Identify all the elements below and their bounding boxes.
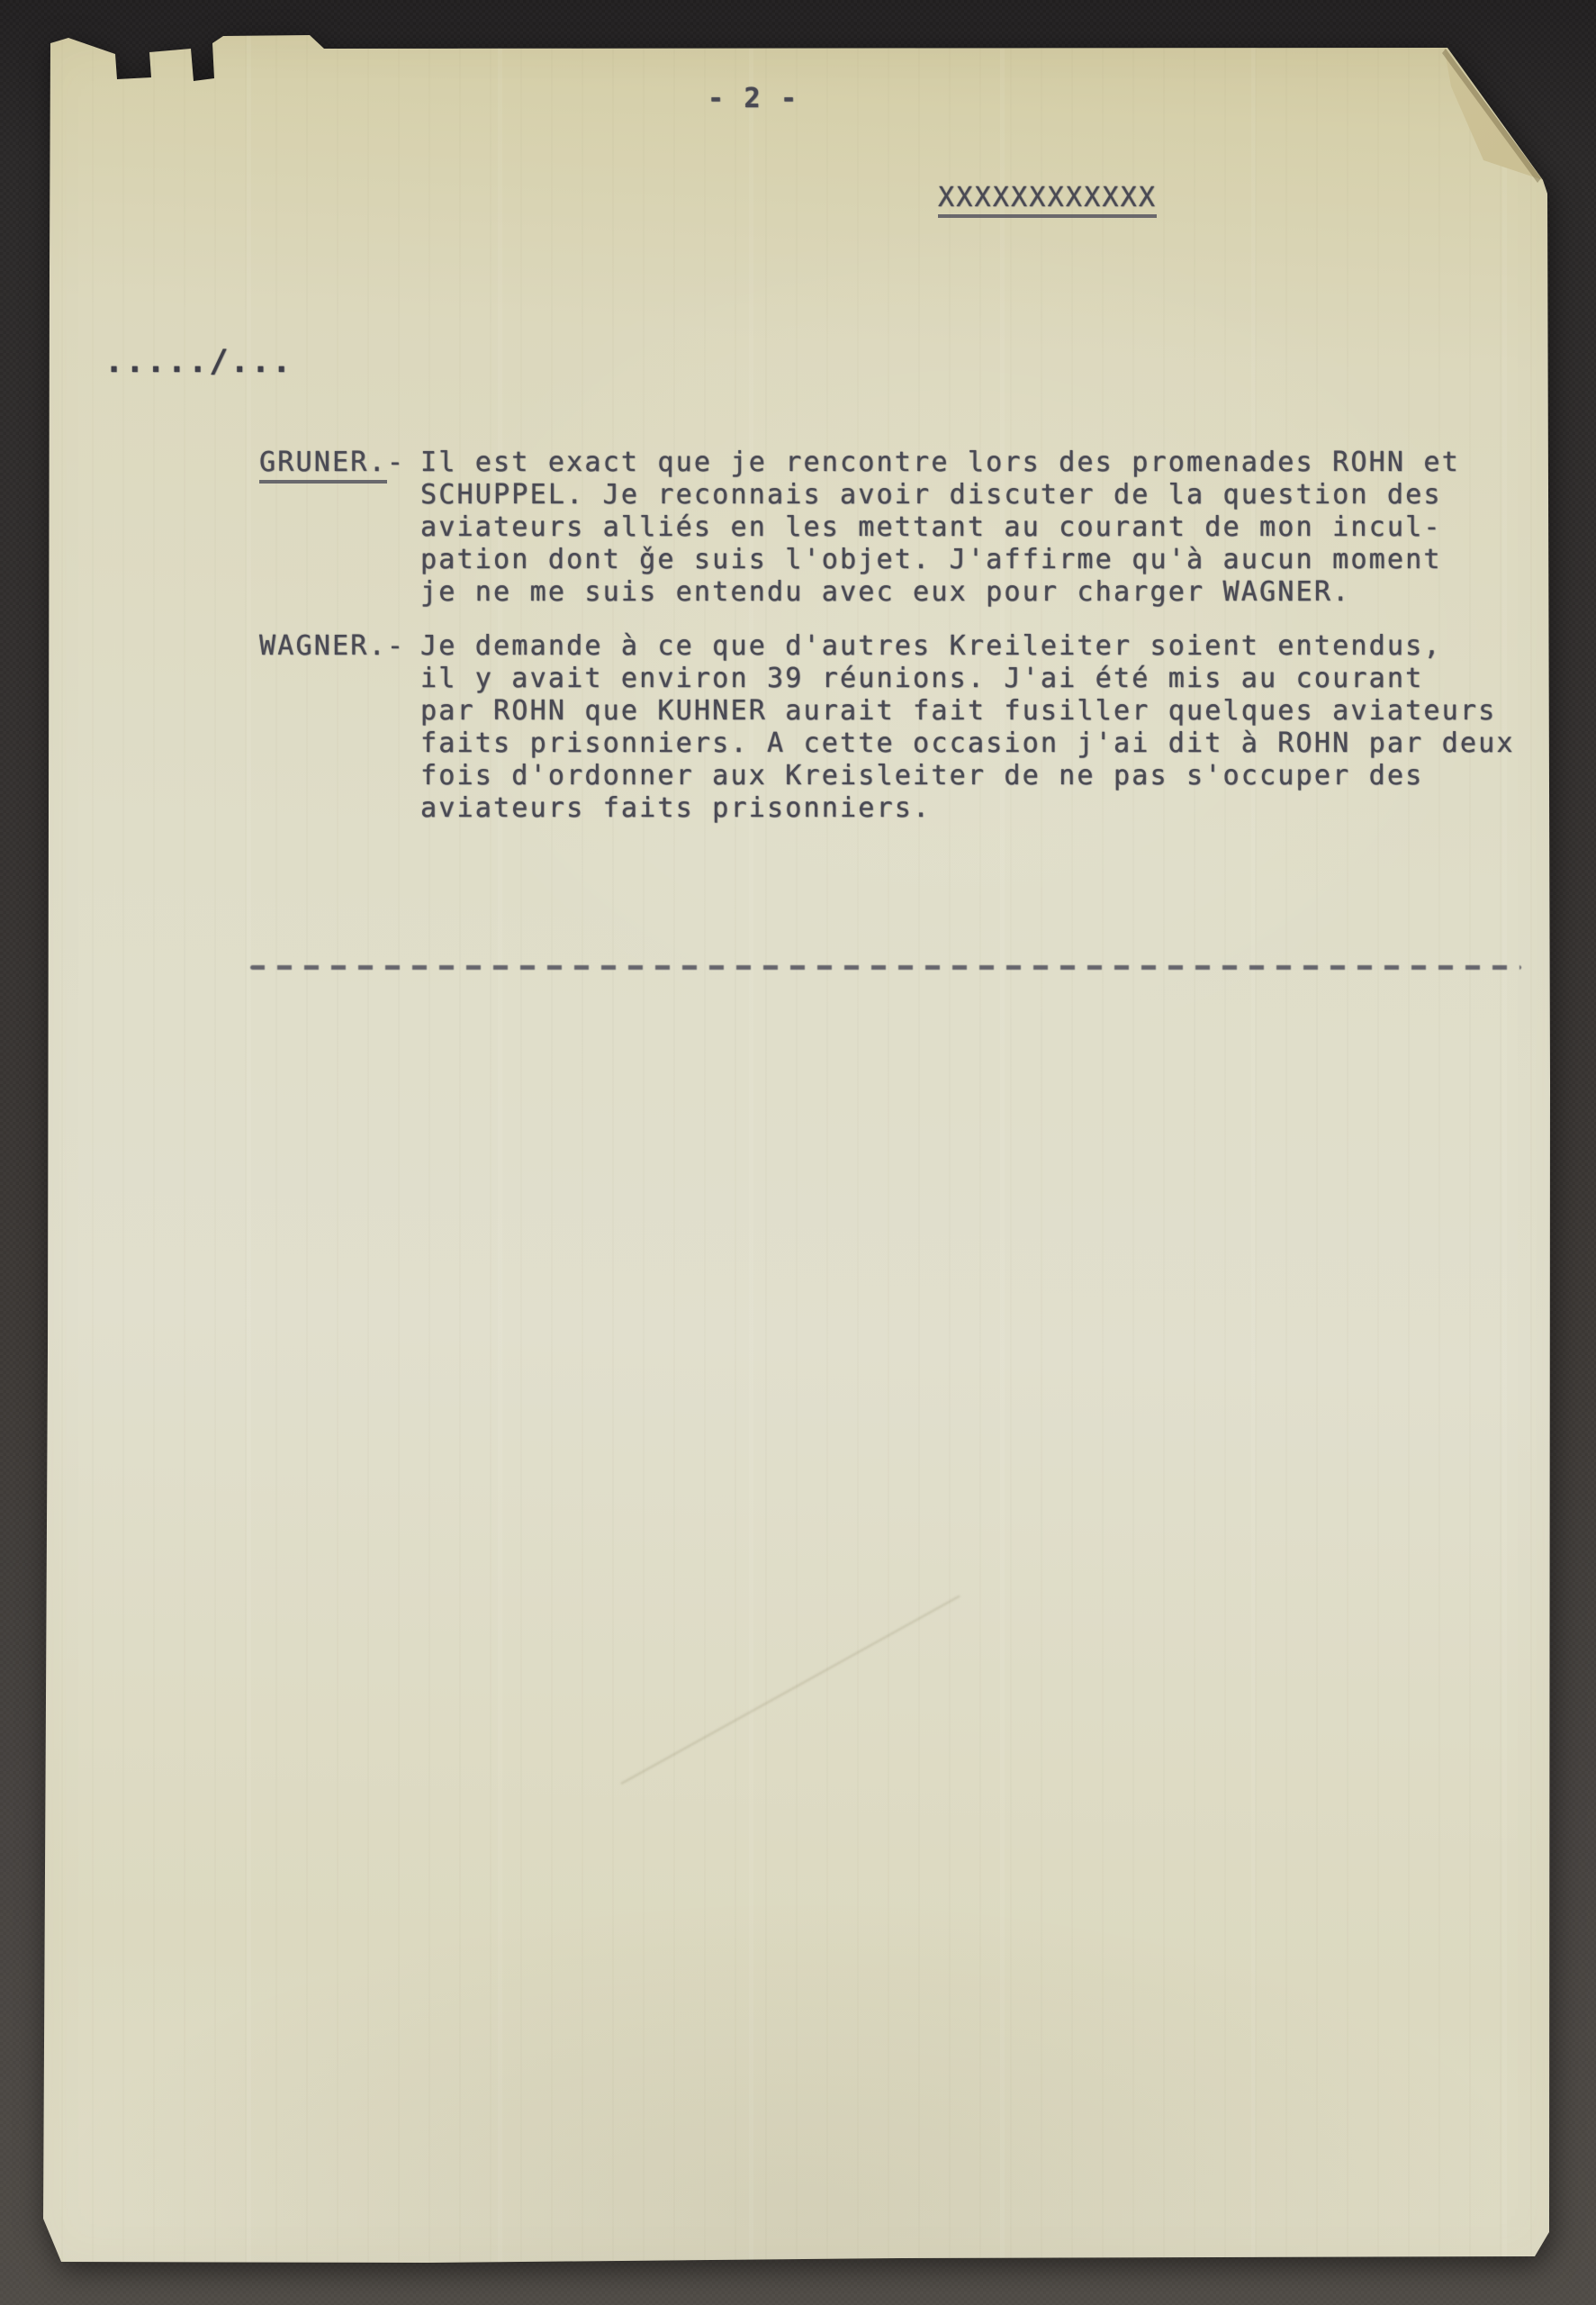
document-page: - 2 - XXXXXXXXXXXX ...../... GRUNER.- Il… — [0, 0, 1596, 2305]
typed-line: aviateurs faits prisonniers. — [420, 792, 1515, 825]
typed-line: faits prisonniers. A cette occasion j'ai… — [420, 728, 1515, 760]
paper-crease — [621, 1595, 960, 1785]
paper-shadow-wrapper: - 2 - XXXXXXXXXXXX ...../... GRUNER.- Il… — [0, 0, 1596, 2305]
typed-line: Je demande à ce que d'autres Kreileiter … — [420, 630, 1515, 663]
speaker-label-gruner: GRUNER.- — [259, 447, 405, 479]
typed-line: par ROHN que KUHNER aurait fait fusiller… — [420, 695, 1515, 728]
typed-x-line: XXXXXXXXXXXX — [938, 182, 1157, 214]
speaker-dash: - — [387, 630, 405, 662]
testimony-text-gruner: Il est exact que je rencontre lors des p… — [420, 447, 1460, 609]
scan-background: - 2 - XXXXXXXXXXXX ...../... GRUNER.- Il… — [0, 0, 1596, 2305]
typed-line: il y avait environ 39 réunions. J'ai été… — [420, 663, 1515, 695]
speaker-name: GRUNER. — [259, 447, 387, 484]
typed-line: je ne me suis entendu avec eux pour char… — [420, 576, 1460, 609]
speaker-name: WAGNER. — [259, 630, 387, 662]
typed-line: pation dont ǧe suis l'objet. J'affirme q… — [420, 544, 1460, 576]
typed-line: aviateurs alliés en les mettant au coura… — [420, 511, 1460, 544]
speaker-label-wagner: WAGNER.- — [259, 630, 405, 663]
typed-x-line-text: XXXXXXXXXXXX — [938, 182, 1157, 218]
typed-line: SCHUPPEL. Je reconnais avoir discuter de… — [420, 479, 1460, 511]
continuation-mark: ...../... — [104, 346, 293, 378]
dashed-separator — [250, 965, 1521, 970]
speaker-dash: - — [387, 447, 405, 478]
typed-line: fois d'ordonner aux Kreisleiter de ne pa… — [420, 760, 1515, 792]
testimony-text-wagner: Je demande à ce que d'autres Kreileiter … — [420, 630, 1515, 825]
typed-line: Il est exact que je rencontre lors des p… — [420, 447, 1460, 479]
page-number: - 2 - — [708, 83, 798, 115]
